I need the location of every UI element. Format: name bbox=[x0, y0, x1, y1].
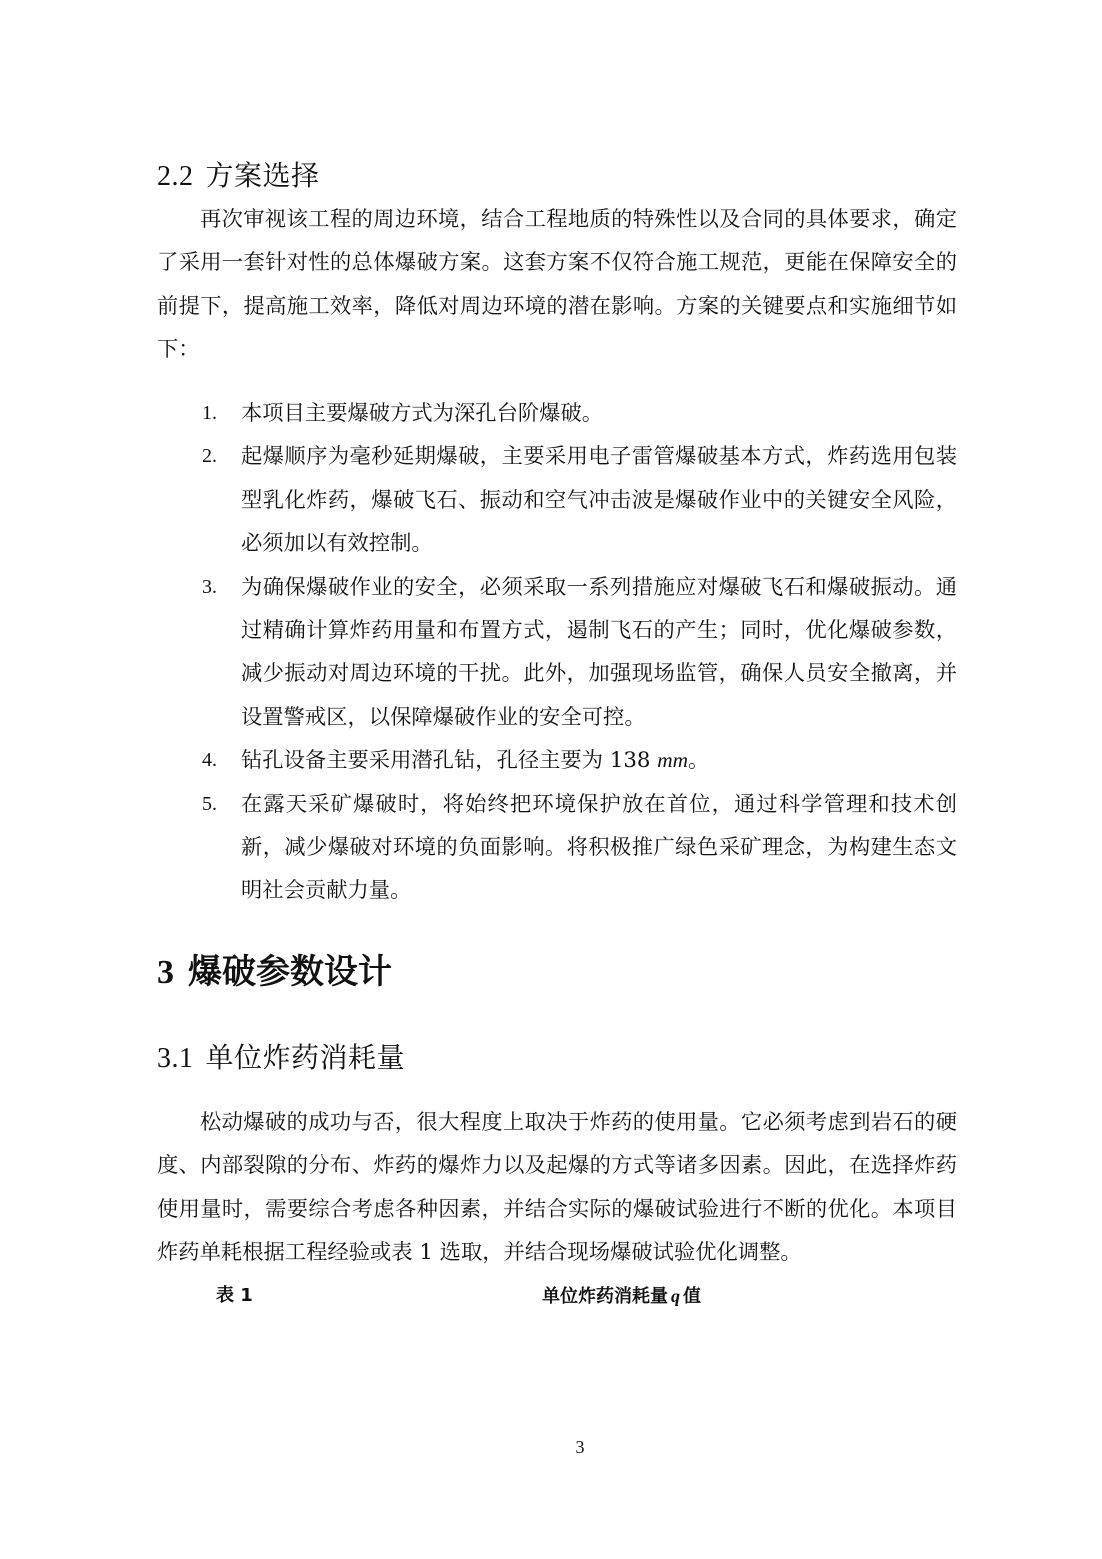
page-number: 3 bbox=[0, 1437, 1102, 1458]
list-text-end: 。 bbox=[688, 748, 709, 773]
section-3-heading: 3爆破参数设计 bbox=[157, 950, 392, 995]
section-2-2-heading: 2.2方案选择 bbox=[157, 158, 320, 195]
section-title: 方案选择 bbox=[206, 159, 320, 192]
q-symbol: q bbox=[671, 1286, 680, 1306]
list-number: 3. bbox=[202, 566, 217, 609]
list-number: 5. bbox=[202, 783, 217, 826]
section-title: 单位炸药消耗量 bbox=[206, 1041, 406, 1074]
list-item: 1. 本项目主要爆破方式为深孔台阶爆破。 bbox=[157, 392, 957, 435]
list-number: 4. bbox=[202, 739, 217, 782]
table-label: 表 1 bbox=[216, 1283, 253, 1309]
document-page: 2.2方案选择 再次审视该工程的周边环境，结合工程地质的特殊性以及合同的具体要求… bbox=[0, 0, 1102, 1559]
table-title-text: 单位炸药消耗量 bbox=[542, 1286, 668, 1307]
list-number: 2. bbox=[202, 435, 217, 478]
list-item: 4. 钻孔设备主要采用潜孔钻，孔径主要为 138 mm。 bbox=[157, 739, 957, 782]
section-2-2-intro: 再次审视该工程的周边环境，结合工程地质的特殊性以及合同的具体要求，确定了采用一套… bbox=[157, 198, 957, 372]
list-text: 钻孔设备主要采用潜孔钻，孔径主要为 138 bbox=[241, 748, 657, 773]
list-item: 5. 在露天采矿爆破时，将始终把环境保护放在首位，通过科学管理和技术创新，减少爆… bbox=[157, 783, 957, 913]
list-number: 1. bbox=[202, 392, 217, 435]
unit-mm: mm bbox=[657, 748, 688, 772]
list-item: 2. 起爆顺序为毫秒延期爆破，主要采用电子雷管爆破基本方式，炸药选用包装型乳化炸… bbox=[157, 435, 957, 565]
section-number: 3.1 bbox=[157, 1043, 194, 1074]
section-title: 爆破参数设计 bbox=[188, 952, 392, 992]
list-text: 为确保爆破作业的安全，必须采取一系列措施应对爆破飞石和爆破振动。通过精确计算炸药… bbox=[241, 575, 957, 730]
section-number: 3 bbox=[157, 954, 174, 991]
section-3-1-heading: 3.1单位炸药消耗量 bbox=[157, 1040, 405, 1077]
list-item: 3. 为确保爆破作业的安全，必须采取一系列措施应对爆破飞石和爆破振动。通过精确计… bbox=[157, 566, 957, 740]
list-text: 在露天采矿爆破时，将始终把环境保护放在首位，通过科学管理和技术创新，减少爆破对环… bbox=[241, 792, 957, 904]
section-3-1-body: 松动爆破的成功与否，很大程度上取决于炸药的使用量。它必须考虑到岩石的硬度、内部裂… bbox=[157, 1101, 957, 1275]
table-title-suffix: 值 bbox=[683, 1286, 701, 1307]
plan-points-list: 1. 本项目主要爆破方式为深孔台阶爆破。 2. 起爆顺序为毫秒延期爆破，主要采用… bbox=[157, 392, 957, 913]
section-number: 2.2 bbox=[157, 161, 194, 192]
table-title: 单位炸药消耗量q值 bbox=[542, 1283, 701, 1310]
list-text: 起爆顺序为毫秒延期爆破，主要采用电子雷管爆破基本方式，炸药选用包装型乳化炸药，爆… bbox=[241, 444, 957, 556]
list-text: 本项目主要爆破方式为深孔台阶爆破。 bbox=[241, 401, 603, 426]
